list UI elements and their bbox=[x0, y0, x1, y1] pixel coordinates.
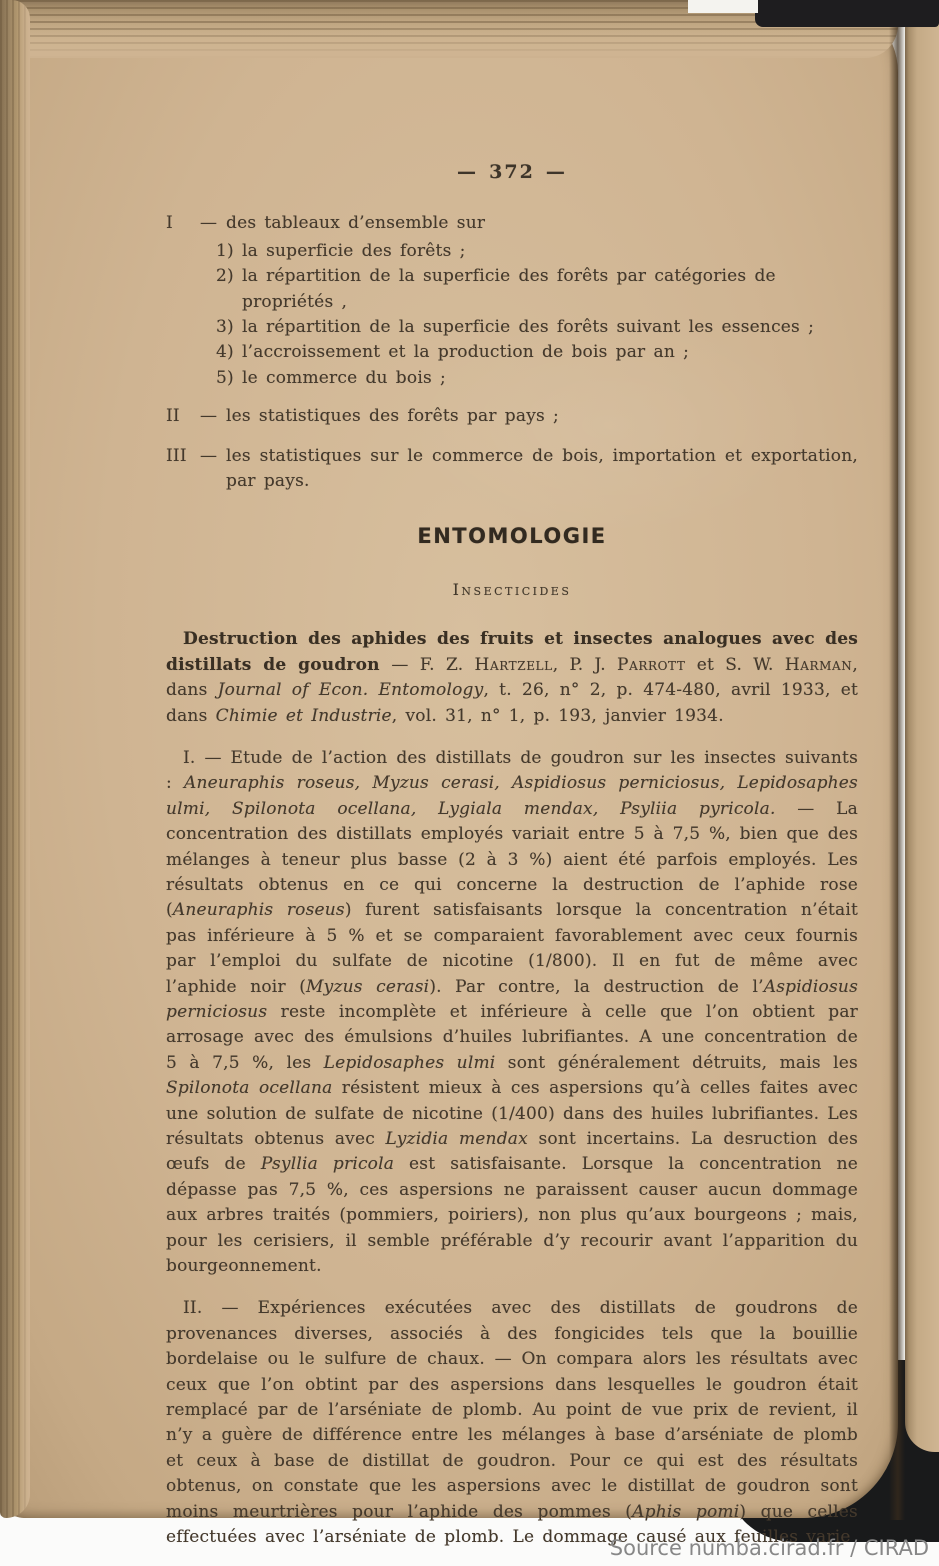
article-title-paragraph: Destruction des aphides des fruits et in… bbox=[166, 627, 858, 729]
text-segment: Psyllia pricola bbox=[261, 1154, 394, 1174]
article-paragraph-1: I. — Etude de l’action des distillats de… bbox=[166, 746, 858, 1280]
outline-item-II-dash: — bbox=[200, 404, 226, 429]
text-segment: Aphis pomi bbox=[632, 1502, 739, 1522]
text-segment: Hartzell bbox=[475, 655, 553, 675]
list-item: 4) l’accroissement et la production de b… bbox=[216, 340, 858, 365]
outline-item-I-label: I bbox=[166, 211, 200, 236]
list-item: 2) la répartition de la superficie des f… bbox=[216, 264, 858, 315]
list-item-text: la répartition de la superficie des forê… bbox=[242, 315, 858, 340]
text-segment: Aneuraphis roseus bbox=[173, 900, 345, 920]
text-segment: Journal of Econ. Entomology bbox=[218, 680, 484, 700]
list-item-text: l’accroissement et la production de bois… bbox=[242, 340, 858, 365]
list-item-number: 5) bbox=[216, 366, 242, 391]
list-item-number: 1) bbox=[216, 239, 242, 264]
outline-item-II-label: II bbox=[166, 404, 200, 429]
text-segment: Lepidosaphes ulmi bbox=[324, 1053, 496, 1073]
text-segment: , vol. 31, n° 1, p. 193, janvier 1934. bbox=[392, 706, 724, 726]
text-segment: Aneuraphis roseus, Myzus cerasi, Aspidio… bbox=[166, 773, 858, 818]
printed-page-content: — 372 — I — des tableaux d’ensemble sur … bbox=[166, 160, 858, 1566]
outline-item-II: II — les statistiques des forêts par pay… bbox=[166, 404, 858, 429]
outline-item-III-dash: — bbox=[200, 444, 226, 495]
outline-item-III-text: les statistiques sur le commerce de bois… bbox=[226, 444, 858, 495]
text-segment: II. — Expériences exécutées avec des dis… bbox=[166, 1298, 858, 1521]
list-item-text: la répartition de la superficie des forê… bbox=[242, 264, 858, 315]
text-segment: Parrott bbox=[617, 655, 685, 675]
list-item: 5) le commerce du bois ; bbox=[216, 366, 858, 391]
text-segment: — F. Z. bbox=[391, 655, 474, 675]
text-segment: Lyzidia mendax bbox=[386, 1129, 528, 1149]
text-segment: Spilonota ocellana bbox=[166, 1078, 332, 1098]
text-segment: ). Par contre, la destruction de l’ bbox=[429, 977, 763, 997]
text-segment: sont généralement détruits, mais les bbox=[495, 1053, 858, 1073]
list-item-number: 4) bbox=[216, 340, 242, 365]
book-cover-top-right bbox=[755, 0, 939, 27]
text-segment: Harman bbox=[785, 655, 853, 675]
text-segment: Myzus cerasi bbox=[306, 977, 429, 997]
outline-item-III-label: III bbox=[166, 444, 200, 495]
page-number: — 372 — bbox=[166, 160, 858, 185]
outline-item-I-text: des tableaux d’ensemble sur bbox=[226, 211, 858, 236]
list-item-text: la superficie des forêts ; bbox=[242, 239, 858, 264]
text-segment: Chimie et Industrie bbox=[216, 706, 392, 726]
scanner-background-sliver bbox=[688, 0, 758, 13]
source-credit: Source numba.cirad.fr / CIRAD bbox=[610, 1533, 929, 1563]
text-segment: et S. W. bbox=[686, 655, 785, 675]
text-segment: , P. J. bbox=[553, 655, 617, 675]
page-gutter-crease bbox=[889, 0, 905, 1520]
outline-item-III: III — les statistiques sur le commerce d… bbox=[166, 444, 858, 495]
next-page-edge bbox=[905, 8, 939, 1452]
scanned-book-page-view: — 372 — I — des tableaux d’ensemble sur … bbox=[0, 0, 939, 1566]
outline-item-II-text: les statistiques des forêts par pays ; bbox=[226, 404, 858, 429]
list-item: 1) la superficie des forêts ; bbox=[216, 239, 858, 264]
list-item-number: 3) bbox=[216, 315, 242, 340]
outline-sub-list: 1) la superficie des forêts ; 2) la répa… bbox=[216, 239, 858, 391]
list-item: 3) la répartition de la superficie des f… bbox=[216, 315, 858, 340]
outline-item-I: I — des tableaux d’ensemble sur bbox=[166, 211, 858, 236]
article-paragraph-2: II. — Expériences exécutées avec des dis… bbox=[166, 1296, 858, 1550]
list-item-number: 2) bbox=[216, 264, 242, 315]
list-item-text: le commerce du bois ; bbox=[242, 366, 858, 391]
outline-item-I-dash: — bbox=[200, 211, 226, 236]
subsection-heading-insecticides: Insecticides bbox=[166, 577, 858, 602]
section-heading-entomologie: ENTOMOLOGIE bbox=[166, 524, 858, 549]
